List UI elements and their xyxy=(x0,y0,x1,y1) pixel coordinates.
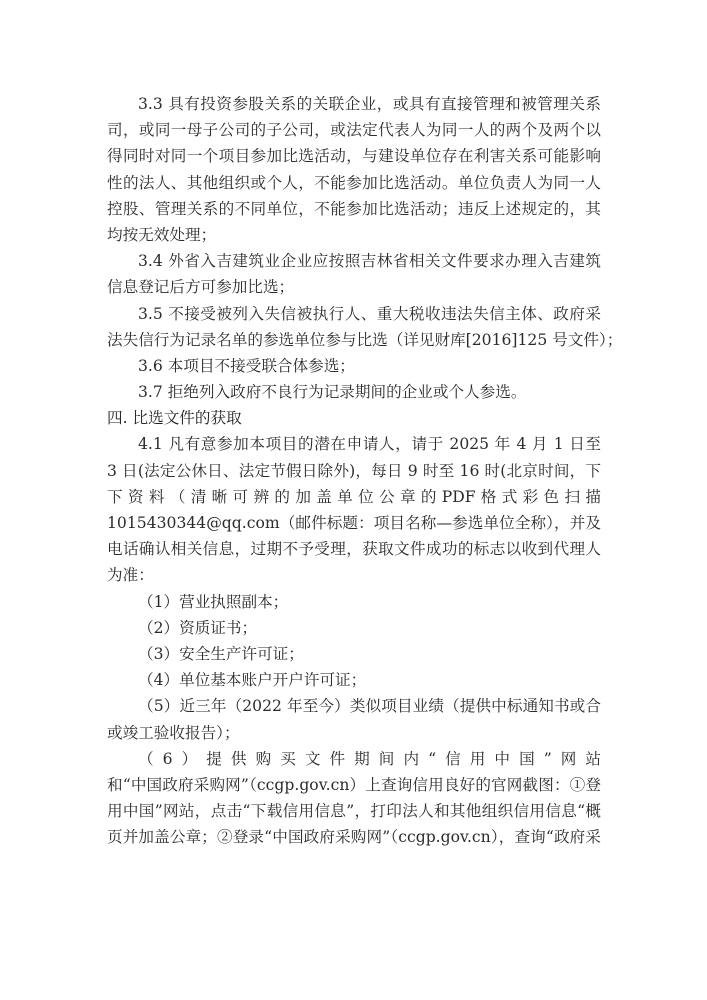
paragraph-4-1-line-2: 3 日(法定公休日、法定节假日除外)，每日 9 时至 16 时(北京时间，下同)… xyxy=(107,458,601,484)
document-page: 3.3 具有投资参股关系的关联企业，或具有直接管理和被管理关系的母子公 司，或同… xyxy=(0,0,707,1000)
paragraph-4-1-line-4-email: 1015430344@qq.com（邮件标题：项目名称—参选单位全称），并及时拨… xyxy=(107,510,601,536)
paragraph-3-3-line-6: 均按无效处理； xyxy=(107,222,601,248)
paragraph-3-4-line-1: 3.4 外省入吉建筑业企业应按照吉林省相关文件要求办理入吉建筑业企业 xyxy=(107,248,601,274)
paragraph-3-6: 3.6 本项目不接受联合体参选； xyxy=(107,353,601,379)
paragraph-3-5-line-2: 法失信行为记录名单的参选单位参与比选（详见财库[2016]125 号文件）； xyxy=(107,327,601,353)
list-item-6-line-3: 用中国”网站，点击“下载信用信息”，打印法人和其他组织信用信息“概述” xyxy=(107,798,601,824)
paragraph-4-1-line-6: 为准： xyxy=(107,562,601,588)
paragraph-3-3-line-3: 得同时对同一个项目参加比选活动，与建设单位存在利害关系可能影响比选公正 xyxy=(107,143,601,169)
paragraph-3-3-line-4: 性的法人、其他组织或个人，不能参加比选活动。单位负责人为同一人或者存在 xyxy=(107,170,601,196)
paragraph-3-4-line-2: 信息登记后方可参加比选； xyxy=(107,274,601,300)
paragraph-3-3-line-1: 3.3 具有投资参股关系的关联企业，或具有直接管理和被管理关系的母子公 xyxy=(107,91,601,117)
list-item-6-line-4: 页并加盖公章；②登录“中国政府采购网”（ccgp.gov.cn），查询“政府采购… xyxy=(107,824,601,850)
paragraph-3-7: 3.7 拒绝列入政府不良行为记录期间的企业或个人参选。 xyxy=(107,379,601,405)
list-item-4: （4）单位基本账户开户许可证； xyxy=(107,667,601,693)
list-item-6-line-1: （6）提供购买文件期间内“信用中国”网站（www.creditchina.gov… xyxy=(107,746,601,772)
list-item-2: （2）资质证书； xyxy=(107,615,601,641)
paragraph-3-3-line-2: 司，或同一母子公司的子公司，或法定代表人为同一人的两个及两个以上法人不 xyxy=(107,117,601,143)
list-item-3: （3）安全生产许可证； xyxy=(107,641,601,667)
list-item-5-line-1: （5）近三年（2022 年至今）类似项目业绩（提供中标通知书或合同协议书 xyxy=(107,693,601,719)
list-item-1: （1）营业执照副本； xyxy=(107,589,601,615)
list-item-5-line-2: 或竣工验收报告）； xyxy=(107,720,601,746)
section-heading-4: 四. 比选文件的获取 xyxy=(107,405,601,431)
document-body: 3.3 具有投资参股关系的关联企业，或具有直接管理和被管理关系的母子公 司，或同… xyxy=(107,91,601,850)
paragraph-4-1-line-1: 4.1 凡有意参加本项目的潜在申请人，请于 2025 年 4 月 1 日至 20… xyxy=(107,431,601,457)
paragraph-3-5-line-1: 3.5 不接受被列入失信被执行人、重大税收违法失信主体、政府采购严重违 xyxy=(107,301,601,327)
paragraph-4-1-line-3: 下 资 料 （ 清 晰 可 辨 的 加 盖 单 位 公 章 的 PDF 格 式 … xyxy=(107,484,601,510)
paragraph-4-1-line-5: 电话确认相关信息，过期不予受理，获取文件成功的标志以收到代理人比选文件 xyxy=(107,536,601,562)
list-item-6-line-2: 和“中国政府采购网”（ccgp.gov.cn）上查询信用良好的官网截图：①登录“… xyxy=(107,772,601,798)
paragraph-3-3-line-5: 控股、管理关系的不同单位，不能参加比选活动；违反上述规定的，其参选资格 xyxy=(107,196,601,222)
